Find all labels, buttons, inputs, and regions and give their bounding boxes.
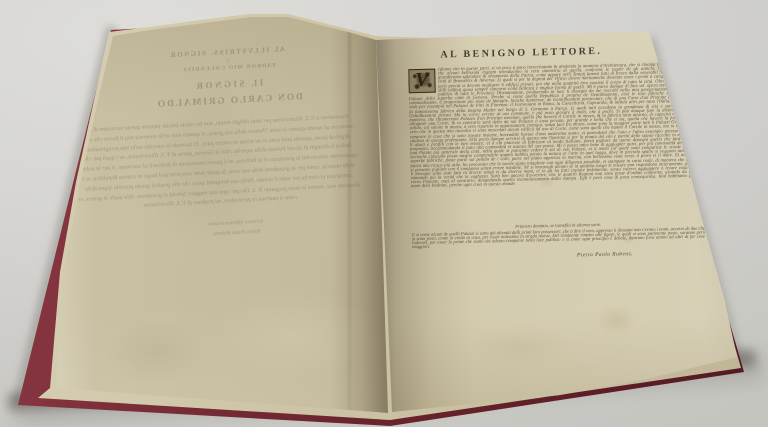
photo-of-open-book: AL ILLVSTRISS. SIGNOR E PADRON MIO COLEN… (0, 0, 768, 427)
